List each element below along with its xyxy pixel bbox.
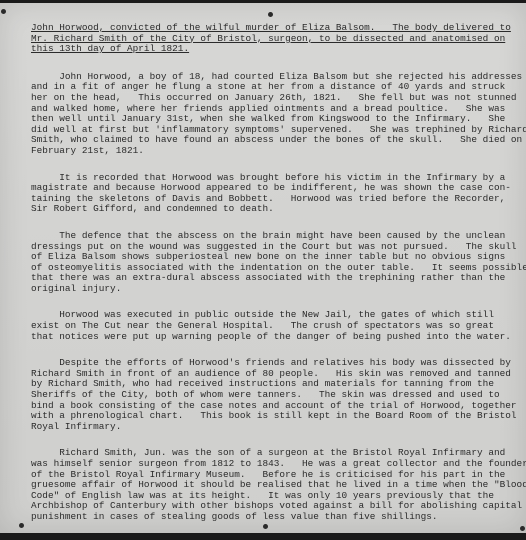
paragraph-line: February 21st, 1821.	[31, 146, 501, 157]
display-board: John Horwood, convicted of the wilful mu…	[0, 3, 526, 533]
paragraph-line: was himself senior surgeon from 1812 to …	[31, 459, 501, 470]
paragraph: John Horwood, a boy of 18, had courted E…	[31, 72, 501, 157]
pin-top-center	[268, 12, 273, 17]
paragraph-line: Royal Infirmary.	[31, 422, 501, 433]
paragraph-line: Sir Robert Gifford, and condemned to dea…	[31, 204, 501, 215]
pin-top-left	[1, 9, 6, 14]
notice-body: John Horwood, a boy of 18, had courted E…	[31, 72, 501, 523]
pin-bottom-right	[520, 526, 525, 531]
paragraph-line: The defence that the abscess on the brai…	[31, 231, 501, 242]
heading-line: this 13th day of April 1821.	[31, 44, 501, 55]
paragraph: Despite the efforts of Horwood's friends…	[31, 358, 501, 432]
notice-heading: John Horwood, convicted of the wilful mu…	[31, 23, 501, 55]
paragraph: It is recorded that Horwood was brought …	[31, 173, 501, 215]
pin-bottom-left	[19, 523, 24, 528]
paragraph: The defence that the abscess on the brai…	[31, 231, 501, 295]
paragraph-line: that notices were put up warning people …	[31, 332, 501, 343]
paragraph: Horwood was executed in public outside t…	[31, 310, 501, 342]
typed-notice: John Horwood, convicted of the wilful mu…	[31, 23, 501, 539]
paragraph-line: original injury.	[31, 284, 501, 295]
paragraph-line: punishment in cases of stealing goods of…	[31, 512, 501, 523]
heading-line: John Horwood, convicted of the wilful mu…	[31, 23, 501, 34]
paragraph: Richard Smith, Jun. was the son of a sur…	[31, 448, 501, 522]
paragraph-line: her on the head, This occurred on Januar…	[31, 93, 501, 104]
